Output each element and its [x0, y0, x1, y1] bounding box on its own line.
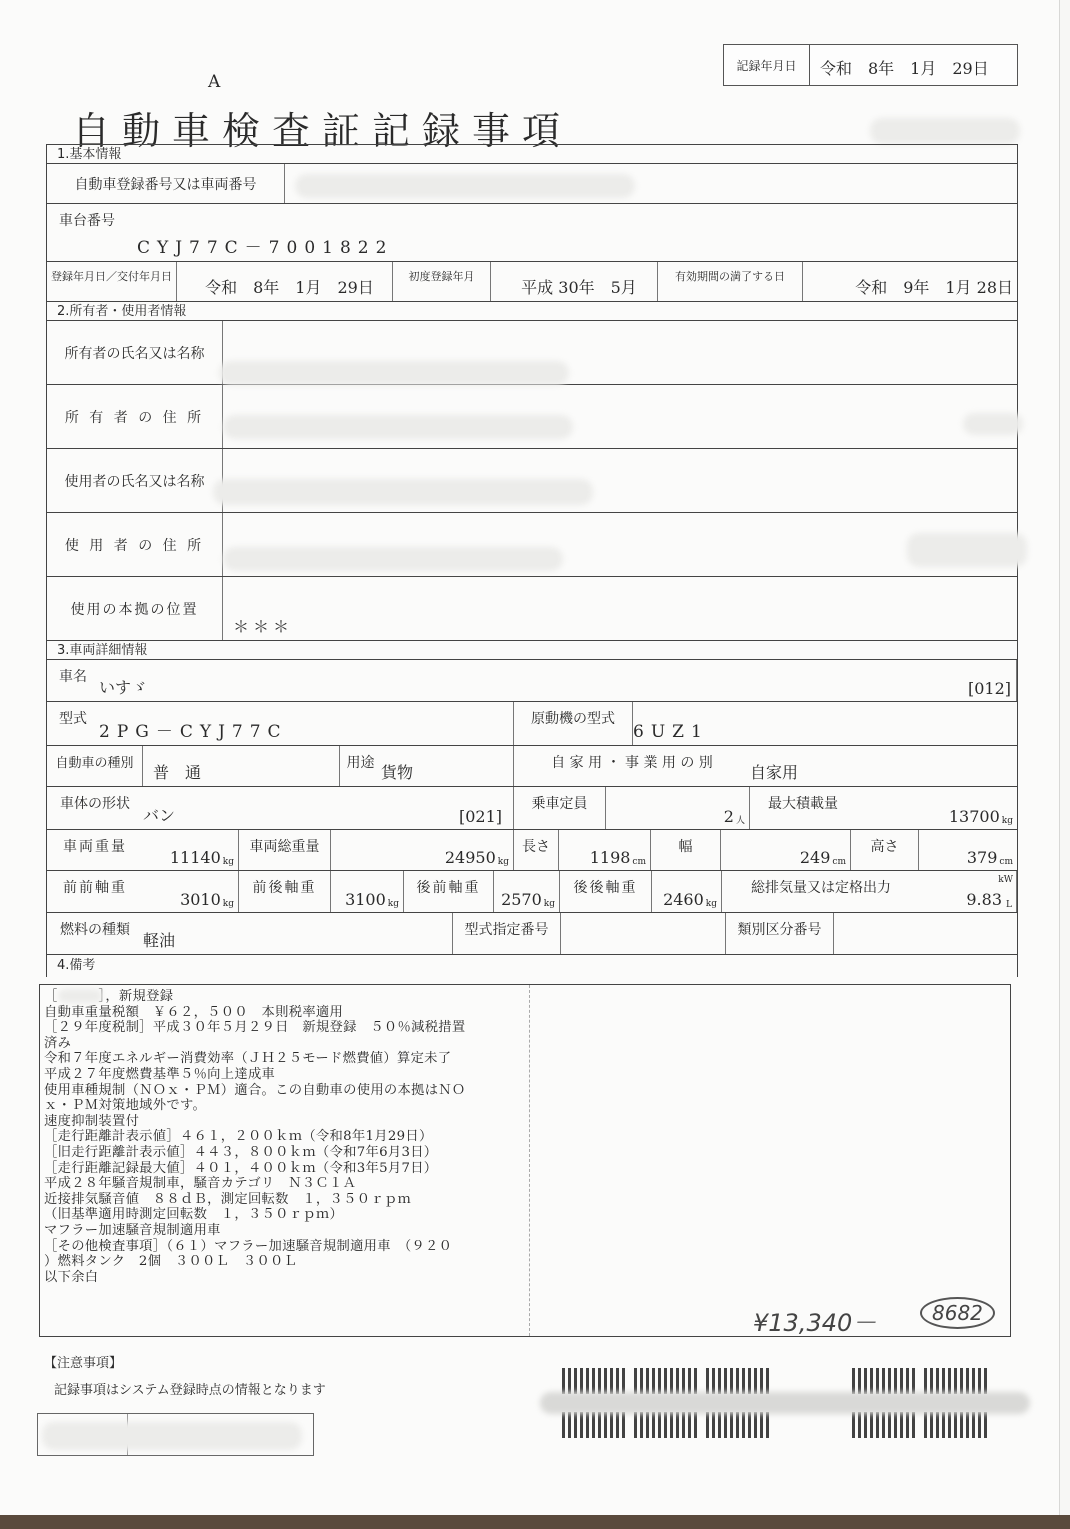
- length-number: 1198: [590, 848, 631, 867]
- redacted-area: [295, 174, 635, 198]
- remarks-line: ［ ］，新規登録: [44, 989, 528, 1005]
- remarks-line: 令和７年度エネルギー消費効率（ＪＨ２５モード燃費値）算定未了: [44, 1051, 528, 1067]
- remarks-box: ［ ］，新規登録自動車重量税額 ￥６２，５００ 本則税率適用［２９年度税制］平成…: [39, 984, 1011, 1337]
- vehicle-class-label: 自動車の種別: [47, 746, 143, 786]
- remarks-line: 平成２８年騒音規制車，騒音カテゴリ Ｎ３Ｃ１Ａ: [44, 1176, 528, 1192]
- qr-code: [634, 1368, 698, 1394]
- axle-weight-row: 前前軸重 3010kg 前後軸重 3100kg 後前軸重 2570kg 後後軸重…: [47, 871, 1017, 913]
- vehicle-weight-label: 車両重量: [47, 830, 143, 870]
- remarks-line: ［旧走行距離計表示値］４４３，８００ｋｍ（令和7年6月3日）: [44, 1145, 528, 1161]
- use-label: 用途: [340, 746, 381, 786]
- vehicle-weight-number: 11140: [170, 848, 221, 867]
- width-number: 249: [800, 848, 831, 867]
- rr-axle-unit: kg: [706, 899, 717, 909]
- fuel-value: 軽油: [143, 913, 453, 954]
- owner-address-row: 所 有 者 の 住 所: [47, 385, 1017, 449]
- gross-weight-unit: kg: [498, 857, 509, 867]
- record-date-label: 記録年月日: [724, 45, 810, 85]
- qr-code-row-bottom-left: [562, 1412, 770, 1438]
- body-shape-row: 車体の形状 バン [021] 乗車定員 2人 最大積載量 13700kg: [47, 787, 1017, 830]
- body-shape-code: [021]: [459, 807, 502, 826]
- displacement-label: 総排気量又は定格出力: [722, 871, 920, 912]
- owner-name-value: [223, 321, 1017, 384]
- user-name-value: [223, 449, 1017, 512]
- registration-number-row: 自動車登録番号又は車両番号: [47, 164, 1017, 204]
- ff-axle-label: 前前軸重: [47, 871, 143, 912]
- user-address-value: [223, 513, 1017, 576]
- remarks-divider: [529, 985, 530, 1336]
- handwritten-circled-number: 8682: [920, 1297, 995, 1329]
- model-value: 2PG－CYJ77C: [99, 702, 514, 745]
- registration-date-label: 登録年月日／交付年月日: [47, 262, 177, 301]
- remarks-line: 近接排気騒音値 ８８ｄＢ，測定回転数 １，３５０ｒｐｍ: [44, 1192, 528, 1208]
- notice-heading: 【注意事項】: [44, 1352, 122, 1371]
- qr-code-row-bottom-right: [852, 1412, 988, 1438]
- width-value: 249cm: [721, 830, 851, 870]
- private-business-label: 自 家 用 ・ 事 業 用 の 別: [514, 746, 750, 786]
- rf-axle-unit: kg: [544, 899, 555, 909]
- vehicle-class-row: 自動車の種別 普 通 用途 貨物 自 家 用 ・ 事 業 用 の 別 自家用: [47, 746, 1017, 787]
- capacity-unit: 人: [736, 813, 745, 826]
- remarks-line: ）燃料タンク 2個 ３００Ｌ ３００Ｌ: [44, 1254, 528, 1270]
- rf-axle-label: 後前軸重: [404, 871, 494, 912]
- capacity-number: 2: [724, 807, 734, 826]
- remarks-line: 以下余白: [44, 1270, 528, 1286]
- first-registration-label: 初度登録年月: [393, 262, 491, 301]
- capacity-label: 乗車定員: [514, 787, 606, 829]
- remarks-line: ［走行距離計表示値］４６１，２００ｋｍ（令和8年1月29日）: [44, 1129, 528, 1145]
- stamp-box: [37, 1413, 314, 1456]
- engine-model-label: 原動機の型式: [514, 702, 632, 745]
- ff-axle-unit: kg: [223, 899, 234, 909]
- body-shape-label: 車体の形状: [47, 787, 143, 829]
- displacement-unit-kw: kW: [998, 875, 1013, 885]
- qr-code: [924, 1412, 988, 1438]
- redacted-area: [963, 413, 1023, 435]
- height-label: 高さ: [851, 830, 919, 870]
- chassis-number-label: 車台番号: [47, 204, 127, 261]
- ff-axle-value: 3010kg: [143, 871, 239, 912]
- fuel-row: 燃料の種類 軽油 型式指定番号 類別区分番号: [47, 913, 1017, 955]
- car-name-value: いすゞ: [99, 660, 1017, 701]
- redacted-area: [58, 989, 102, 1003]
- capacity-value: 2人: [606, 787, 750, 829]
- chassis-number-row: 車台番号 CYJ77C－7001822: [47, 204, 1017, 262]
- record-date-value: 令和 8年 1月 29日: [810, 45, 1017, 85]
- remarks-line: ｘ・ＰＭ対策地域外です。: [44, 1098, 528, 1114]
- remarks-line: ［走行距離記録最大値］４０１，４００ｋｍ（令和3年5月7日）: [44, 1161, 528, 1177]
- gross-weight-value: 24950kg: [331, 830, 514, 870]
- expiry-date-value: 令和 9年 1月 28日: [803, 262, 1017, 301]
- redacted-area: [223, 415, 573, 439]
- category-number-label: 類別区分番号: [726, 913, 834, 954]
- section-basic-info-heading: 1.基本情報: [47, 145, 1017, 164]
- remarks-line: ［その他検査事項］（６１）マフラー加速騒音規制適用車 （９２０: [44, 1239, 528, 1255]
- qr-code: [562, 1412, 626, 1438]
- displacement-unit-l: L: [1006, 900, 1012, 910]
- max-load-unit: kg: [1002, 816, 1013, 826]
- vehicle-class-value: 普 通: [143, 746, 340, 786]
- height-number: 379: [967, 848, 998, 867]
- remarks-line: （旧基準適用時測定回転数 １，３５０ｒｐｍ）: [44, 1207, 528, 1223]
- redacted-area: [219, 361, 569, 385]
- rr-axle-label: 後後軸重: [560, 871, 652, 912]
- redacted-area: [540, 1392, 1030, 1414]
- remarks-line: 済み: [44, 1036, 528, 1052]
- user-address-row: 使 用 者 の 住 所: [47, 513, 1017, 577]
- section-owner-user-heading: 2.所有者・使用者情報: [47, 302, 1017, 321]
- use-value: 貨物: [381, 746, 514, 786]
- max-load-value: 13700kg: [856, 787, 1017, 829]
- section-remarks-heading: 4.備考: [47, 955, 1017, 977]
- redacted-area: [42, 1422, 302, 1450]
- remarks-line: マフラー加速騒音規制適用車: [44, 1223, 528, 1239]
- section-vehicle-details-heading: 3.車両詳細情報: [47, 641, 1017, 660]
- qr-code: [706, 1368, 770, 1394]
- qr-code: [924, 1368, 988, 1394]
- redacted-area: [870, 118, 1020, 144]
- owner-name-row: 所有者の氏名又は名称: [47, 321, 1017, 385]
- qr-code-row-top-left: [562, 1368, 770, 1394]
- model-row: 型式 2PG－CYJ77C 原動機の型式 6UZ1: [47, 702, 1017, 746]
- rr-axle-value: 2460kg: [652, 871, 722, 912]
- height-unit: cm: [999, 857, 1013, 867]
- height-value: 379cm: [919, 830, 1017, 870]
- ff-axle-number: 3010: [180, 890, 221, 909]
- remarks-line: 速度抑制装置付: [44, 1114, 528, 1130]
- user-address-label: 使 用 者 の 住 所: [47, 513, 223, 576]
- redacted-area: [213, 479, 593, 505]
- width-unit: cm: [832, 857, 846, 867]
- qr-code-row-top-right: [852, 1368, 988, 1394]
- dates-row: 登録年月日／交付年月日 令和 8年 1月 29日 初度登録年月 平成 30年 5…: [47, 262, 1017, 302]
- rf-axle-number: 2570: [501, 890, 542, 909]
- type-designation-label: 型式指定番号: [453, 913, 561, 954]
- notice-body: 記録事項はシステム登録時点の情報となります: [54, 1379, 326, 1398]
- max-load-number: 13700: [949, 807, 1000, 826]
- weight-dimension-row: 車両重量 11140kg 車両総重量 24950kg 長さ 1198cm 幅 2…: [47, 830, 1017, 871]
- page-marker: A: [208, 72, 220, 92]
- model-label: 型式: [47, 702, 99, 745]
- width-label: 幅: [651, 830, 721, 870]
- private-business-value: 自家用: [750, 746, 1017, 786]
- car-name-row: 車名 いすゞ [012]: [47, 660, 1017, 702]
- user-name-label: 使用者の氏名又は名称: [47, 449, 223, 512]
- base-location-value: ＊＊＊: [223, 577, 1017, 640]
- registration-number-label: 自動車登録番号又は車両番号: [47, 164, 285, 203]
- table-surface: [0, 1515, 1070, 1529]
- remarks-line: 平成２７年度燃費基準５％向上達成車: [44, 1067, 528, 1083]
- owner-address-value: [223, 385, 1017, 448]
- qr-code: [852, 1368, 916, 1394]
- rf-axle-value: 2570kg: [494, 871, 560, 912]
- category-number-value: [834, 913, 1017, 954]
- fr-axle-label: 前後軸重: [239, 871, 331, 912]
- inspection-form: 1.基本情報 自動車登録番号又は車両番号 車台番号 CYJ77C－7001822…: [46, 144, 1018, 977]
- base-location-row: 使用の本拠の位置 ＊＊＊: [47, 577, 1017, 641]
- max-load-label: 最大積載量: [750, 787, 856, 829]
- length-value: 1198cm: [559, 830, 651, 870]
- qr-code: [562, 1368, 626, 1394]
- chassis-number-value: CYJ77C－7001822: [127, 204, 1017, 261]
- fr-axle-unit: kg: [388, 899, 399, 909]
- fr-axle-value: 3100kg: [331, 871, 404, 912]
- fr-axle-number: 3100: [345, 890, 386, 909]
- vehicle-weight-unit: kg: [223, 857, 234, 867]
- length-unit: cm: [632, 857, 646, 867]
- qr-code: [852, 1412, 916, 1438]
- remarks-line: 自動車重量税額 ￥６２，５００ 本則税率適用: [44, 1005, 528, 1021]
- first-registration-value: 平成 30年 5月: [491, 262, 658, 301]
- redacted-area: [907, 533, 1027, 567]
- expiry-date-label: 有効期間の満了する日: [658, 262, 803, 301]
- registration-date-value: 令和 8年 1月 29日: [177, 262, 393, 301]
- car-name-code: [012]: [968, 679, 1011, 698]
- fuel-label: 燃料の種類: [47, 913, 143, 954]
- gross-weight-number: 24950: [445, 848, 496, 867]
- type-designation-value: [561, 913, 726, 954]
- redacted-area: [223, 547, 563, 571]
- record-date-box: 記録年月日 令和 8年 1月 29日: [723, 44, 1018, 86]
- length-label: 長さ: [514, 830, 559, 870]
- base-location-label: 使用の本拠の位置: [47, 577, 223, 640]
- vehicle-weight-value: 11140kg: [143, 830, 239, 870]
- car-name-label: 車名: [47, 660, 99, 701]
- gross-weight-label: 車両総重量: [239, 830, 331, 870]
- owner-name-label: 所有者の氏名又は名称: [47, 321, 223, 384]
- registration-number-value: [285, 164, 1017, 203]
- remarks-line: 使用車種規制（ＮＯｘ・ＰＭ）適合。この自動車の使用の本拠はＮＯ: [44, 1083, 528, 1099]
- engine-model-value: 6UZ1: [632, 702, 1017, 745]
- document-sheet: 記録年月日 令和 8年 1月 29日 A 自動車検査証記録事項 1.基本情報 自…: [0, 0, 1060, 1515]
- qr-code: [706, 1412, 770, 1438]
- rr-axle-number: 2460: [663, 890, 704, 909]
- remarks-line: ［２９年度税制］平成３０年５月２９日 新規登録 ５０％減税措置: [44, 1020, 528, 1036]
- user-name-row: 使用者の氏名又は名称: [47, 449, 1017, 513]
- owner-address-label: 所 有 者 の 住 所: [47, 385, 223, 448]
- qr-code: [634, 1412, 698, 1438]
- handwritten-amount: ¥13,340－: [753, 1303, 876, 1338]
- remarks-text: ［ ］，新規登録自動車重量税額 ￥６２，５００ 本則税率適用［２９年度税制］平成…: [44, 989, 528, 1285]
